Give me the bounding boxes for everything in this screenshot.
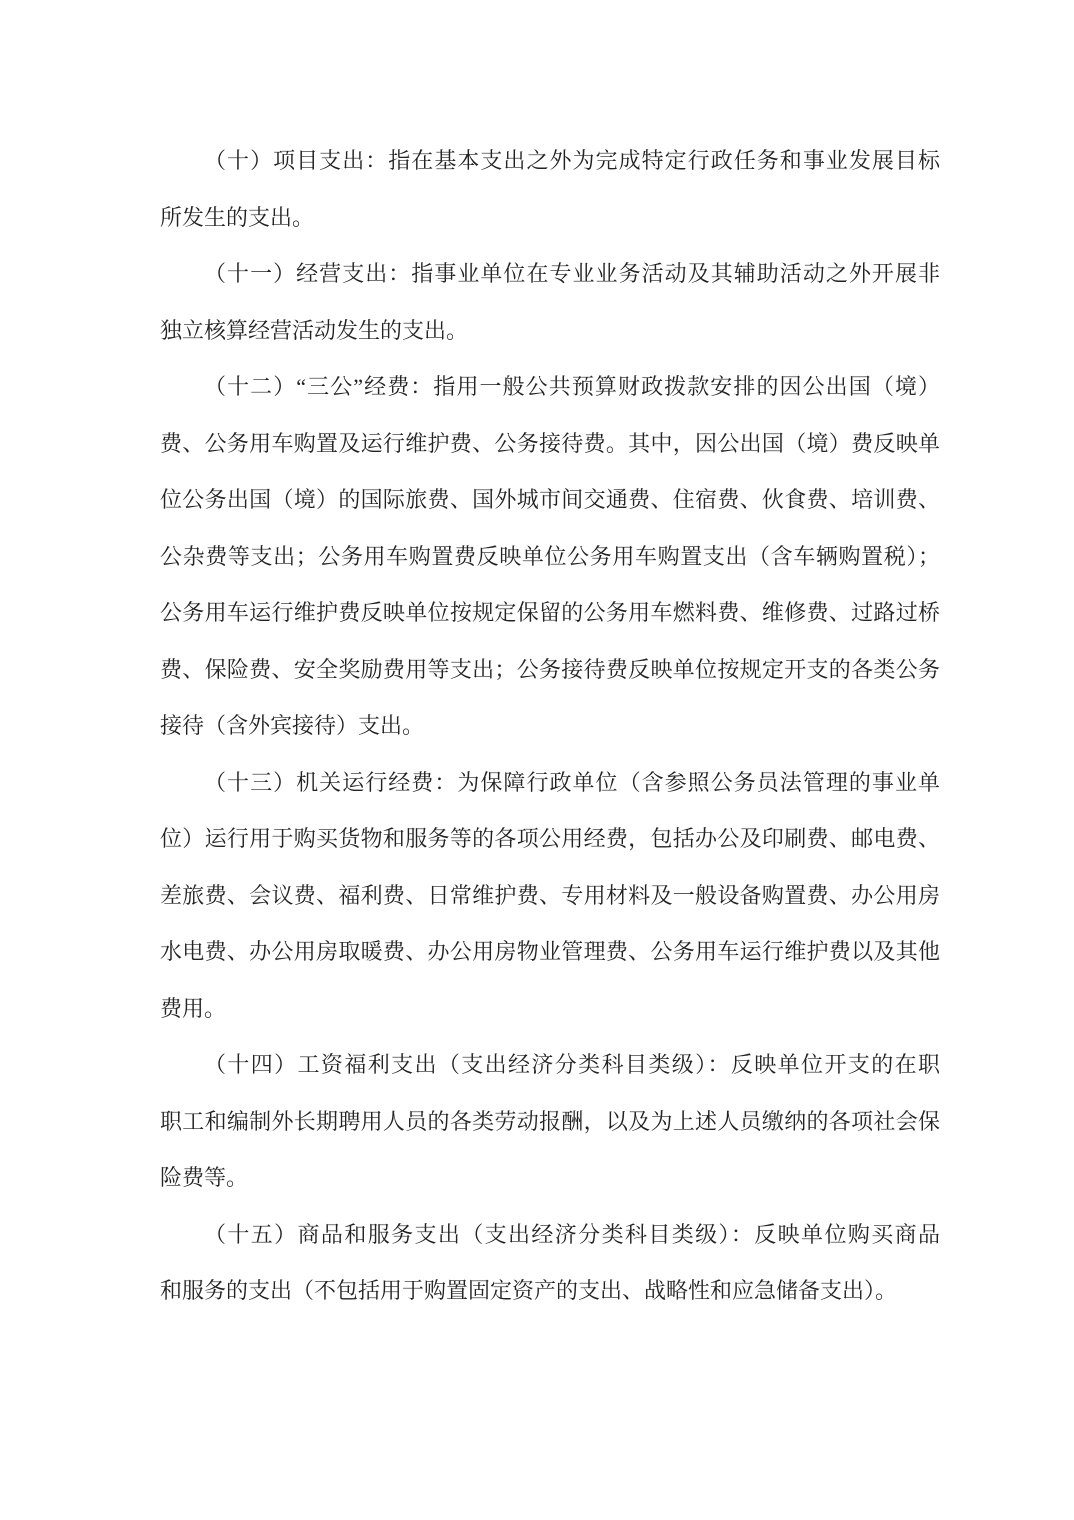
text-line: （十五）商品和服务支出（支出经济分类科目类级）：反映单位购买商品 [160,1207,940,1264]
paragraph-clause-12-three-public-funds: （十二）“三公”经费：指用一般公共预算财政拨款安排的因公出国（境）费、公务用车购… [160,359,940,755]
text-line: 独立核算经营活动发生的支出。 [160,303,940,360]
paragraph-clause-14-wage-welfare-expenditure: （十四）工资福利支出（支出经济分类科目类级）：反映单位开支的在职职工和编制外长期… [160,1037,940,1207]
text-line: （十）项目支出：指在基本支出之外为完成特定行政任务和事业发展目标 [160,133,940,190]
text-line: 和服务的支出（不包括用于购置固定资产的支出、战略性和应急储备支出）。 [160,1263,940,1320]
paragraph-clause-11-operating-expenditure: （十一）经营支出：指事业单位在专业业务活动及其辅助活动之外开展非独立核算经营活动… [160,246,940,359]
text-line: 位公务出国（境）的国际旅费、国外城市间交通费、住宿费、伙食费、培训费、 [160,472,940,529]
text-line: 费用。 [160,981,940,1038]
text-line: （十三）机关运行经费：为保障行政单位（含参照公务员法管理的事业单 [160,755,940,812]
paragraph-clause-13-agency-operation-funds: （十三）机关运行经费：为保障行政单位（含参照公务员法管理的事业单位）运行用于购买… [160,755,940,1038]
text-line: 费、公务用车购置及运行维护费、公务接待费。其中，因公出国（境）费反映单 [160,416,940,473]
text-line: 险费等。 [160,1150,940,1207]
document-body: （十）项目支出：指在基本支出之外为完成特定行政任务和事业发展目标所发生的支出。（… [160,133,940,1320]
paragraph-clause-10-project-expenditure: （十）项目支出：指在基本支出之外为完成特定行政任务和事业发展目标所发生的支出。 [160,133,940,246]
text-line: 差旅费、会议费、福利费、日常维护费、专用材料及一般设备购置费、办公用房 [160,868,940,925]
document-page: （十）项目支出：指在基本支出之外为完成特定行政任务和事业发展目标所发生的支出。（… [0,0,1074,1520]
text-line: （十四）工资福利支出（支出经济分类科目类级）：反映单位开支的在职 [160,1037,940,1094]
text-line: 位）运行用于购买货物和服务等的各项公用经费，包括办公及印刷费、邮电费、 [160,811,940,868]
text-line: 水电费、办公用房取暖费、办公用房物业管理费、公务用车运行维护费以及其他 [160,924,940,981]
text-line: （十二）“三公”经费：指用一般公共预算财政拨款安排的因公出国（境） [160,359,940,416]
text-line: 公务用车运行维护费反映单位按规定保留的公务用车燃料费、维修费、过路过桥 [160,585,940,642]
text-line: 职工和编制外长期聘用人员的各类劳动报酬，以及为上述人员缴纳的各项社会保 [160,1094,940,1151]
paragraph-clause-15-goods-services-expenditure: （十五）商品和服务支出（支出经济分类科目类级）：反映单位购买商品和服务的支出（不… [160,1207,940,1320]
text-line: 所发生的支出。 [160,190,940,247]
text-line: 公杂费等支出；公务用车购置费反映单位公务用车购置支出（含车辆购置税）； [160,529,940,586]
text-line: （十一）经营支出：指事业单位在专业业务活动及其辅助活动之外开展非 [160,246,940,303]
text-line: 接待（含外宾接待）支出。 [160,698,940,755]
text-line: 费、保险费、安全奖励费用等支出；公务接待费反映单位按规定开支的各类公务 [160,642,940,699]
